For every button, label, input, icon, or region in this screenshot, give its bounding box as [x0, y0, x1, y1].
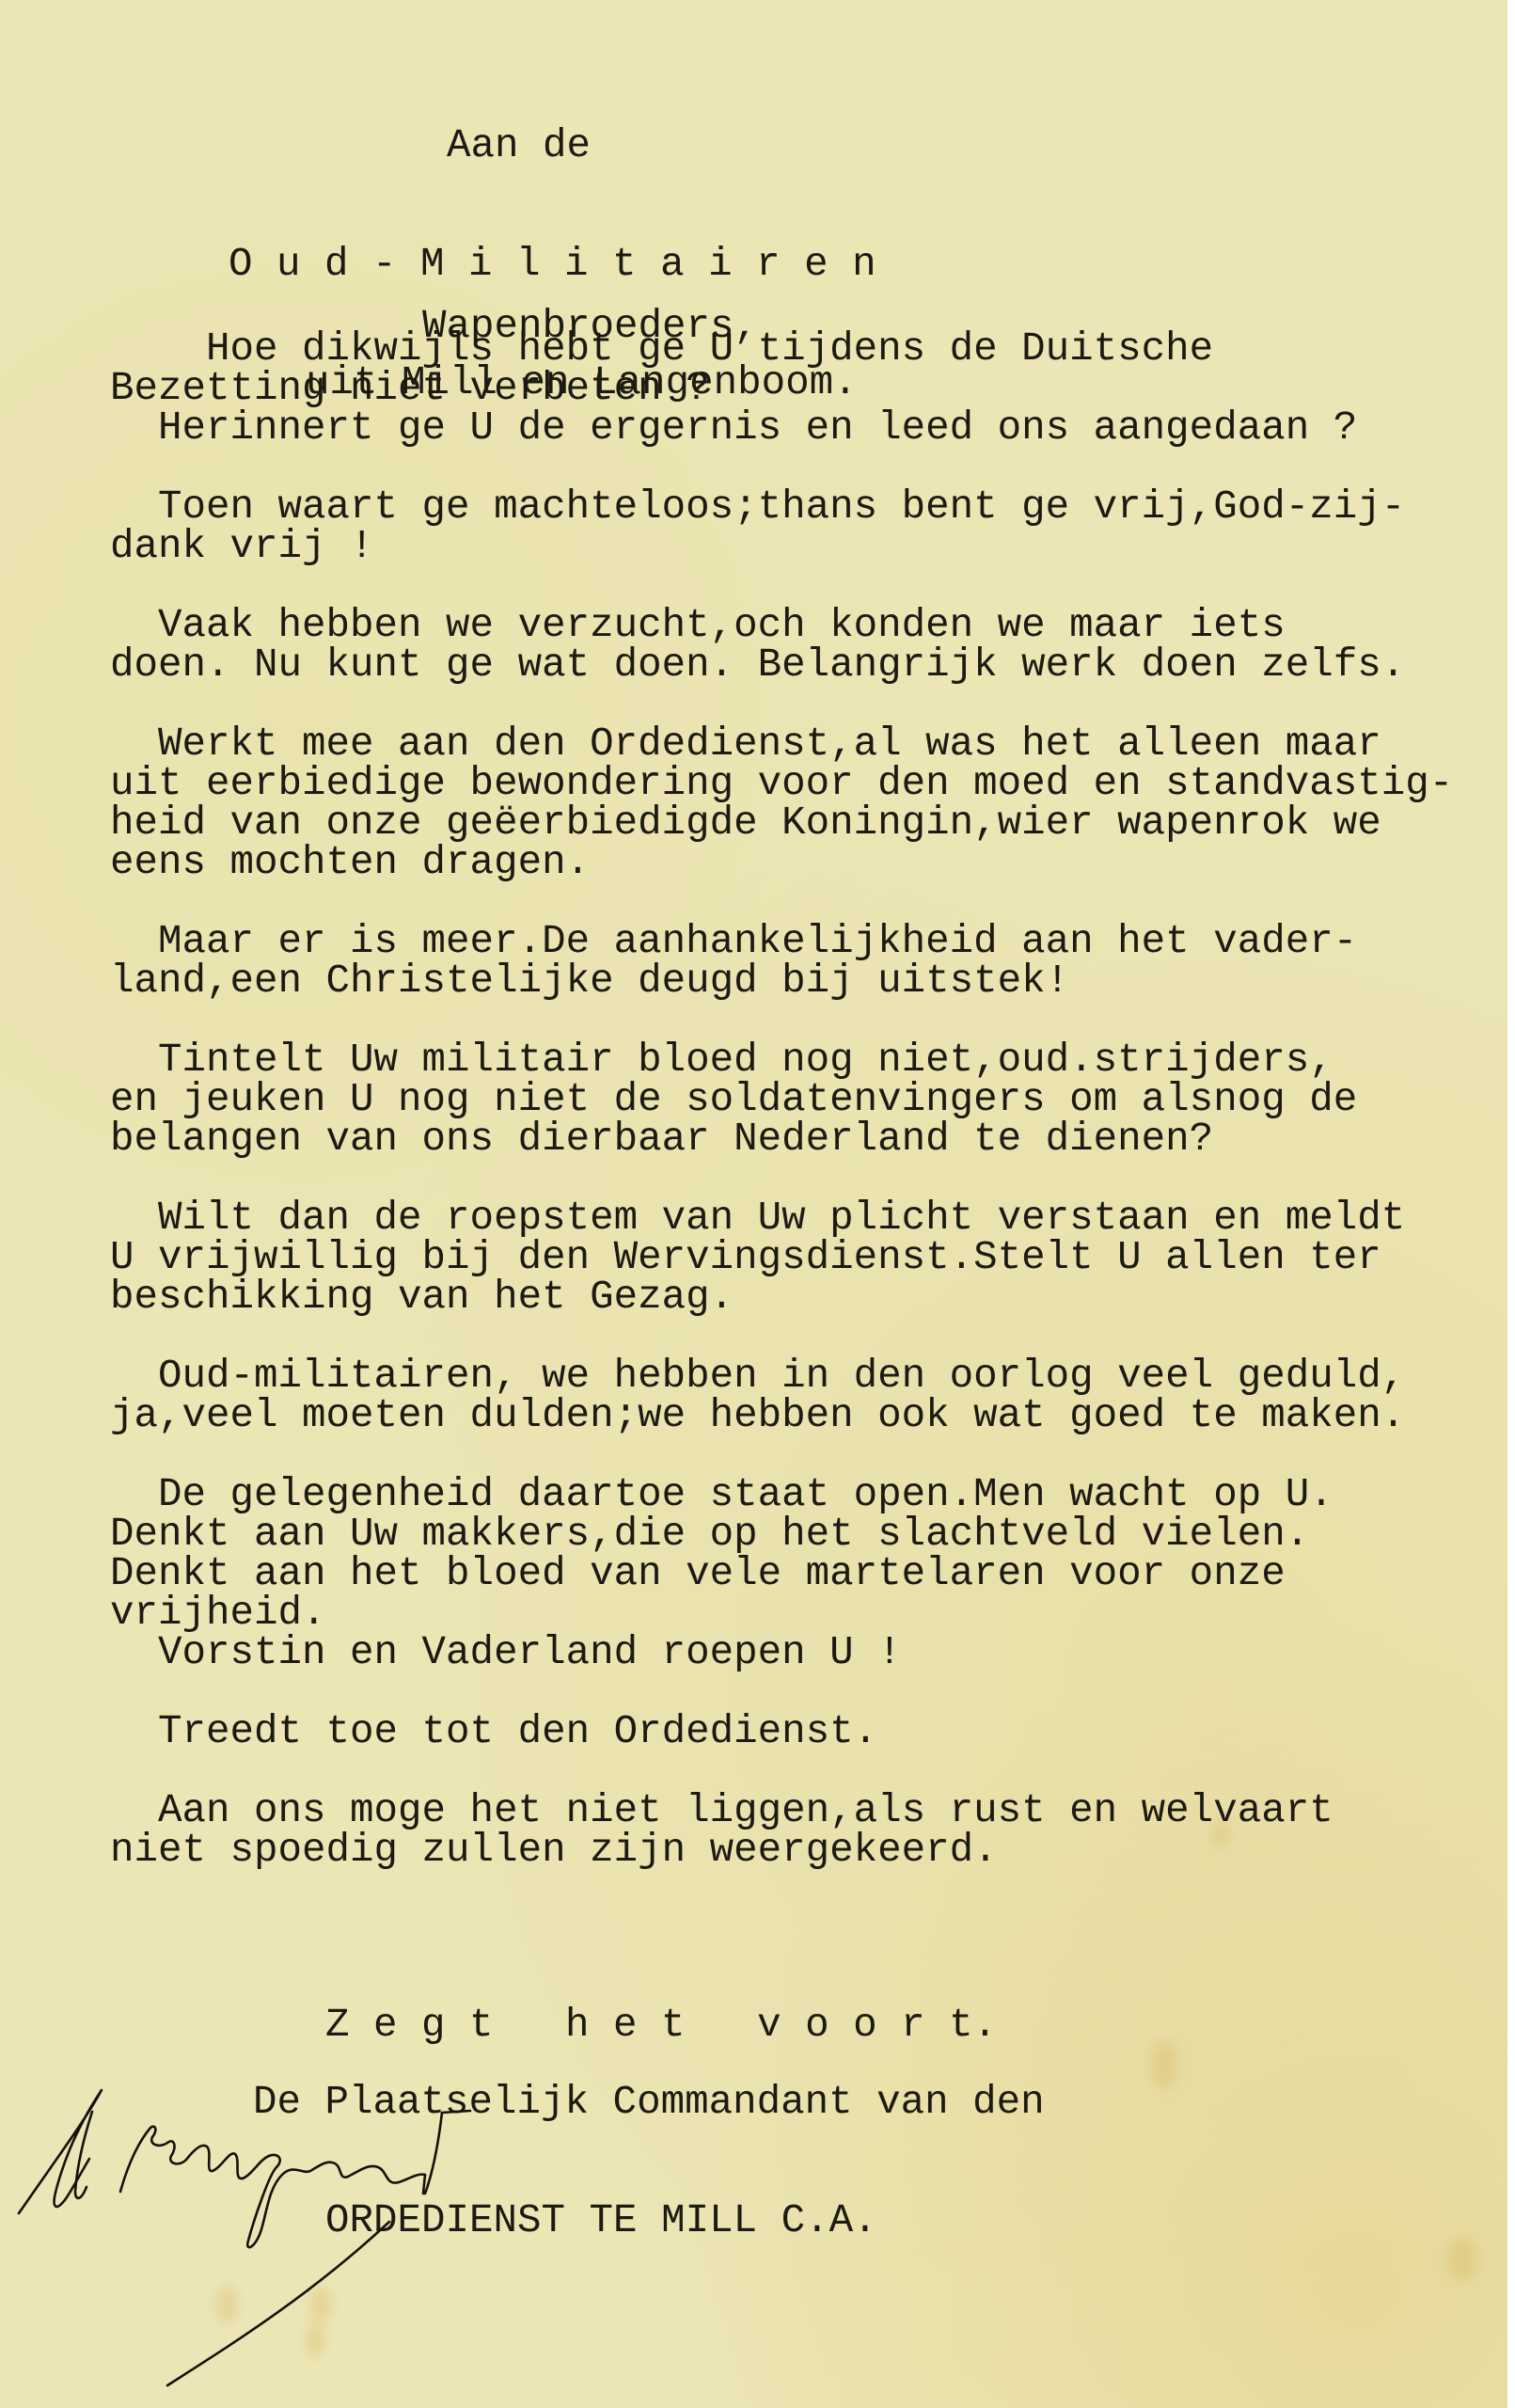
- paragraph-gap: [110, 882, 1453, 922]
- letter-body: Hoe dikwijls hebt ge U tijdens de Duitsc…: [110, 329, 1453, 1870]
- paragraph-gap: [110, 566, 1453, 606]
- paragraph-line: vrijheid.: [110, 1593, 1453, 1633]
- handwritten-signature: [0, 2069, 1128, 2408]
- paragraph: Maar er is meer.De aanhankelijkheid aan …: [110, 922, 1453, 1001]
- paragraph-line: De gelegenheid daartoe staat open.Men wa…: [110, 1475, 1453, 1514]
- paragraph-gap: [110, 1751, 1453, 1791]
- paragraph-line: Herinnert ge U de ergernis en leed ons a…: [110, 408, 1453, 448]
- paragraph: Wilt dan de roepstem van Uw plicht verst…: [110, 1198, 1453, 1317]
- paragraph-line: Treedt toe tot den Ordedienst.: [110, 1712, 1453, 1751]
- paragraph-gap: [110, 1159, 1453, 1198]
- paragraph-gap: [110, 1317, 1453, 1356]
- paragraph-line: beschikking van het Gezag.: [110, 1277, 1453, 1317]
- paragraph-line: Vorstin en Vaderland roepen U !: [110, 1633, 1453, 1672]
- paragraph-line: Toen waart ge machteloos;thans bent ge v…: [110, 487, 1453, 527]
- paragraph: Toen waart ge machteloos;thans bent ge v…: [110, 487, 1453, 566]
- paragraph-line: eens mochten dragen.: [110, 843, 1453, 882]
- paragraph-line: Bezetting niet verbeten ?: [110, 369, 1453, 408]
- age-stain: [1152, 2041, 1176, 2088]
- paragraph-line: Hoe dikwijls hebt ge U tijdens de Duitsc…: [110, 329, 1453, 369]
- paragraph-gap: [110, 1001, 1453, 1040]
- paragraph-gap: [110, 685, 1453, 724]
- paper-sheet: Aan de O u d - M i l i t a i r e n uit M…: [0, 0, 1507, 2408]
- address-line: Aan de: [229, 126, 876, 166]
- paragraph: Tintelt Uw militair bloed nog niet,oud.s…: [110, 1040, 1453, 1159]
- paragraph-line: land,een Christelijke deugd bij uitstek!: [110, 961, 1453, 1001]
- paragraph-line: U vrijwillig bij den Wervingsdienst.Stel…: [110, 1238, 1453, 1277]
- paragraph: Hoe dikwijls hebt ge U tijdens de Duitsc…: [110, 329, 1453, 448]
- paragraph-line: belangen van ons dierbaar Nederland te d…: [110, 1119, 1453, 1159]
- paragraph: Aan ons moge het niet liggen,als rust en…: [110, 1791, 1453, 1870]
- paragraph-line: heid van onze geëerbiedigde Koningin,wie…: [110, 803, 1453, 843]
- paragraph-line: niet spoedig zullen zijn weergekeerd.: [110, 1830, 1453, 1870]
- paragraph-line: Vaak hebben we verzucht,och konden we ma…: [110, 606, 1453, 645]
- age-stain: [1448, 2239, 1476, 2281]
- paragraph: Treedt toe tot den Ordedienst.: [110, 1712, 1453, 1751]
- paragraph-line: Wilt dan de roepstem van Uw plicht verst…: [110, 1198, 1453, 1238]
- paragraph-gap: [110, 1435, 1453, 1475]
- paragraph-line: Oud-militairen, we hebben in den oorlog …: [110, 1356, 1453, 1396]
- paragraph-line: dank vrij !: [110, 527, 1453, 566]
- paragraph-line: uit eerbiedige bewondering voor den moed…: [110, 764, 1453, 803]
- paragraph-gap: [110, 448, 1453, 487]
- paragraph-line: Denkt aan Uw makkers,die op het slachtve…: [110, 1514, 1453, 1554]
- paragraph: De gelegenheid daartoe staat open.Men wa…: [110, 1475, 1453, 1672]
- paragraph: Werkt mee aan den Ordedienst,al was het …: [110, 724, 1453, 882]
- paragraph-line: ja,veel moeten dulden;we hebben ook wat …: [110, 1396, 1453, 1435]
- paragraph: Oud-militairen, we hebben in den oorlog …: [110, 1356, 1453, 1435]
- paragraph-line: doen. Nu kunt ge wat doen. Belangrijk we…: [110, 645, 1453, 685]
- paragraph-gap: [110, 1672, 1453, 1712]
- paragraph: Vaak hebben we verzucht,och konden we ma…: [110, 606, 1453, 685]
- paragraph-line: Denkt aan het bloed van vele martelaren …: [110, 1554, 1453, 1593]
- paragraph-line: Werkt mee aan den Ordedienst,al was het …: [110, 724, 1453, 764]
- paragraph-line: en jeuken U nog niet de soldatenvingers …: [110, 1080, 1453, 1119]
- paragraph-line: Maar er is meer.De aanhankelijkheid aan …: [110, 922, 1453, 961]
- paragraph-line: Tintelt Uw militair bloed nog niet,oud.s…: [110, 1040, 1453, 1080]
- paragraph-line: Aan ons moge het niet liggen,als rust en…: [110, 1791, 1453, 1830]
